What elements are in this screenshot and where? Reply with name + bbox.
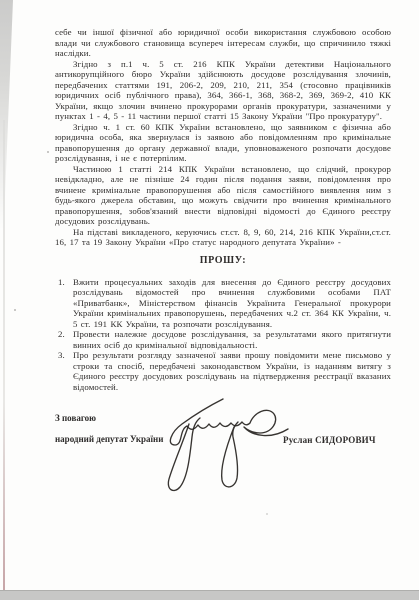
list-item-number: 2. [58,329,65,340]
list-item-text: Вжити процесуальних заходів для внесення… [73,277,391,329]
scan-edge-bottom [0,590,419,600]
section-heading-proshu: ПРОШУ: [55,255,391,267]
scan-speck [266,513,268,515]
requests-list: 1.Вжити процесуальних заходів для внесен… [55,277,391,393]
paragraph: себе чи іншої фізичної або юридичної осо… [55,27,391,59]
scan-edge-left [0,0,13,230]
paragraph: На підставі викладеного, керуючись ст.ст… [55,227,391,248]
document-body: себе чи іншої фізичної або юридичної осо… [55,27,391,392]
list-item-number: 3. [58,350,65,361]
scan-speck [47,151,49,153]
signature-icon [149,393,301,497]
paragraph: Частиною 1 статті 214 КПК України встано… [55,164,391,227]
list-item-text: Провести належне досудове розслідування,… [73,329,391,350]
signatory-title: народний депутат України [55,434,163,445]
paragraph: Згідно ч. 1 ст. 60 КПК України встановле… [55,122,391,164]
list-item: 1.Вжити процесуальних заходів для внесен… [55,277,391,330]
list-item-number: 1. [58,277,65,288]
document-page: себе чи іншої фізичної або юридичної осо… [0,0,419,600]
paragraph: Згідно з п.1 ч. 5 ст. 216 КПК України де… [55,59,391,122]
list-item: 3.Про результати розгляду зазначеної зая… [55,350,391,392]
scan-speck [14,309,16,311]
list-item: 2.Провести належне досудове розслідуванн… [55,329,391,350]
list-item-text: Про результати розгляду зазначеної заяви… [73,350,391,392]
scan-edge-left-line [3,120,5,591]
